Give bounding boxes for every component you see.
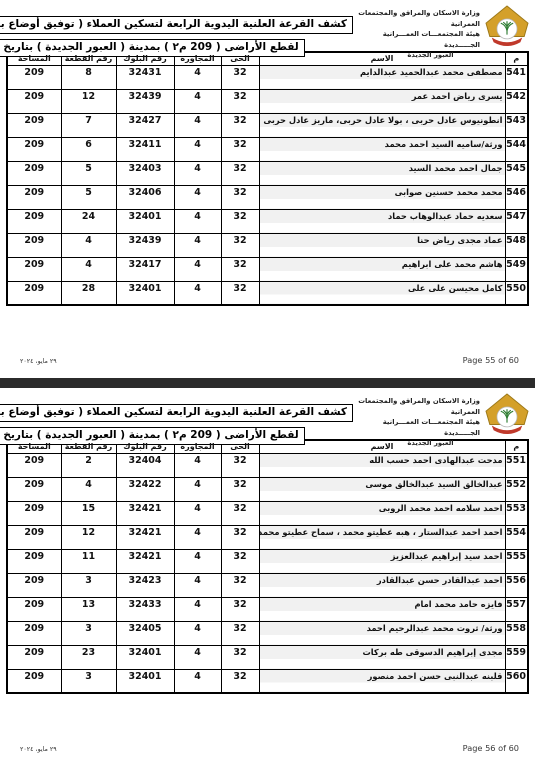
cell-area: 209 <box>7 185 61 209</box>
cell-area: 209 <box>7 549 61 573</box>
cell-plot: 23 <box>61 645 116 669</box>
cell-plot: 5 <box>61 185 116 209</box>
cell-plot: 3 <box>61 669 116 693</box>
authority-logo-icon <box>483 393 531 435</box>
cell-plot: 4 <box>61 477 116 501</box>
cell-block: 32405 <box>116 621 174 645</box>
cell-area: 209 <box>7 597 61 621</box>
cell-district: 32 <box>221 621 259 645</box>
cell-block: 32401 <box>116 281 174 305</box>
cell-plot: 2 <box>61 453 116 477</box>
cell-neighborhood: 4 <box>174 501 221 525</box>
footer-page-number: Page 55 of 60 <box>463 355 519 365</box>
table-row: 560قلبنه عبدالنبى حسن احمد منصور32432401… <box>7 669 528 693</box>
cell-area: 209 <box>7 89 61 113</box>
table-row: 553احمد سلامه احمد محمد الروبى3243242115… <box>7 501 528 525</box>
cell-no: 559 <box>505 645 528 669</box>
cell-block: 32401 <box>116 669 174 693</box>
cell-plot: 5 <box>61 161 116 185</box>
header-neighborhood: المجاورة <box>174 52 221 65</box>
cell-block: 32439 <box>116 89 174 113</box>
cell-district: 32 <box>221 185 259 209</box>
ministry-line1: وزارة الاسكان والمرافق والمجتمعات العمرا… <box>353 8 480 29</box>
authority-emblem-group: وزارة الاسكان والمرافق والمجتمعات العمرا… <box>353 393 531 449</box>
cell-name: جمال احمد محمد السيد <box>259 161 505 185</box>
cell-block: 32431 <box>116 65 174 89</box>
cell-name: مجدى إبراهيم الدسوقى طه بركات <box>259 645 505 669</box>
document-title-line1: كشف القرعة العلنية اليدوية الرابعة لتسكي… <box>0 404 353 422</box>
page-separator <box>0 378 535 388</box>
table-row: 551مدحت عبدالهادى احمد حسب الله324324042… <box>7 453 528 477</box>
document-titles: كشف القرعة العلنية اليدوية الرابعة لتسكي… <box>0 5 353 58</box>
cell-no: 548 <box>505 233 528 257</box>
cell-plot: 28 <box>61 281 116 305</box>
cell-block: 32421 <box>116 549 174 573</box>
cell-area: 209 <box>7 501 61 525</box>
cell-no: 555 <box>505 549 528 573</box>
cell-plot: 4 <box>61 257 116 281</box>
table-row: 555احمد سيد إبراهيم عبدالعزيز32432421112… <box>7 549 528 573</box>
cell-no: 549 <box>505 257 528 281</box>
cell-area: 209 <box>7 113 61 137</box>
cell-block: 32423 <box>116 573 174 597</box>
cell-district: 32 <box>221 477 259 501</box>
cell-area: 209 <box>7 573 61 597</box>
cell-no: 554 <box>505 525 528 549</box>
cell-neighborhood: 4 <box>174 597 221 621</box>
cell-area: 209 <box>7 209 61 233</box>
cell-no: 545 <box>505 161 528 185</box>
table-row: 559مجدى إبراهيم الدسوقى طه بركات32432401… <box>7 645 528 669</box>
table-row: 546محمد محمد حسنين صوابى324324065209 <box>7 185 528 209</box>
cell-name: احمد سلامه احمد محمد الروبى <box>259 501 505 525</box>
cell-plot: 15 <box>61 501 116 525</box>
cell-area: 209 <box>7 257 61 281</box>
cell-no: 542 <box>505 89 528 113</box>
cell-plot: 12 <box>61 525 116 549</box>
footer-date: ٢٩ مايو، ٢٠٢٤ <box>20 358 57 365</box>
table-row: 545جمال احمد محمد السيد324324035209 <box>7 161 528 185</box>
cell-district: 32 <box>221 281 259 305</box>
cell-neighborhood: 4 <box>174 621 221 645</box>
table-row: 542يسرى رياض احمد عمر3243243912209 <box>7 89 528 113</box>
cell-name: فايزه حامد محمد امام <box>259 597 505 621</box>
cell-neighborhood: 4 <box>174 65 221 89</box>
document-canvas: وزارة الاسكان والمرافق والمجتمعات العمرا… <box>0 0 535 766</box>
header-neighborhood: المجاورة <box>174 440 221 453</box>
cell-name: قلبنه عبدالنبى حسن احمد منصور <box>259 669 505 693</box>
page-footer: ٢٩ مايو، ٢٠٢٤ Page 55 of 60 <box>20 355 519 365</box>
cell-plot: 3 <box>61 621 116 645</box>
cell-district: 32 <box>221 209 259 233</box>
cell-neighborhood: 4 <box>174 89 221 113</box>
table-row: 558ورثة/ ثروت محمد عبدالرحيم احمد3243240… <box>7 621 528 645</box>
cell-neighborhood: 4 <box>174 669 221 693</box>
cell-plot: 11 <box>61 549 116 573</box>
cell-no: 541 <box>505 65 528 89</box>
table-row: 549هاشم محمد على ابراهيم324324174209 <box>7 257 528 281</box>
cell-neighborhood: 4 <box>174 645 221 669</box>
cell-plot: 24 <box>61 209 116 233</box>
cell-no: 552 <box>505 477 528 501</box>
cell-district: 32 <box>221 453 259 477</box>
cell-block: 32421 <box>116 501 174 525</box>
cell-area: 209 <box>7 233 61 257</box>
cell-name: احمد سيد إبراهيم عبدالعزيز <box>259 549 505 573</box>
cell-block: 32422 <box>116 477 174 501</box>
cell-neighborhood: 4 <box>174 233 221 257</box>
cell-area: 209 <box>7 453 61 477</box>
lottery-table-page56: م الاسم الحى المجاورة رقم البلوك رقم الق… <box>6 439 529 694</box>
cell-name: سعديه حماد عبدالوهاب حماد <box>259 209 505 233</box>
page-55: وزارة الاسكان والمرافق والمجتمعات العمرا… <box>0 0 535 378</box>
page-56: وزارة الاسكان والمرافق والمجتمعات العمرا… <box>0 388 535 766</box>
page-footer: ٢٩ مايو، ٢٠٢٤ Page 56 of 60 <box>20 743 519 753</box>
cell-name: ورثة/ساميه السيد احمد محمد <box>259 137 505 161</box>
cell-district: 32 <box>221 645 259 669</box>
table-row: 548عماد مجدى رياض حنا324324394209 <box>7 233 528 257</box>
header-block: رقم البلوك <box>116 440 174 453</box>
cell-plot: 8 <box>61 65 116 89</box>
cell-name: احمد احمد عبدالستار ، هبه عطيتو محمد ، س… <box>259 525 505 549</box>
cell-plot: 3 <box>61 573 116 597</box>
cell-block: 32439 <box>116 233 174 257</box>
cell-plot: 12 <box>61 89 116 113</box>
cell-block: 32411 <box>116 137 174 161</box>
cell-neighborhood: 4 <box>174 525 221 549</box>
cell-area: 209 <box>7 645 61 669</box>
table-row: 543انطونيوس عادل حربى ، بولا عادل حربى، … <box>7 113 528 137</box>
cell-district: 32 <box>221 573 259 597</box>
cell-neighborhood: 4 <box>174 281 221 305</box>
cell-neighborhood: 4 <box>174 209 221 233</box>
cell-area: 209 <box>7 281 61 305</box>
lottery-table-page55: م الاسم الحى المجاورة رقم البلوك رقم الق… <box>6 51 529 306</box>
cell-neighborhood: 4 <box>174 549 221 573</box>
cell-block: 32433 <box>116 597 174 621</box>
cell-area: 209 <box>7 477 61 501</box>
table-row: 552عبدالخالق السيد عبدالخالق موسى3243242… <box>7 477 528 501</box>
cell-area: 209 <box>7 161 61 185</box>
ministry-line1: وزارة الاسكان والمرافق والمجتمعات العمرا… <box>353 396 480 417</box>
cell-plot: 7 <box>61 113 116 137</box>
cell-neighborhood: 4 <box>174 477 221 501</box>
page-header: وزارة الاسكان والمرافق والمجتمعات العمرا… <box>0 388 535 438</box>
cell-no: 547 <box>505 209 528 233</box>
cell-plot: 4 <box>61 233 116 257</box>
cell-neighborhood: 4 <box>174 161 221 185</box>
cell-name: عبدالخالق السيد عبدالخالق موسى <box>259 477 505 501</box>
table-row: 554احمد احمد عبدالستار ، هبه عطيتو محمد … <box>7 525 528 549</box>
table-row: 544ورثة/ساميه السيد احمد محمد32432411620… <box>7 137 528 161</box>
cell-district: 32 <box>221 161 259 185</box>
cell-neighborhood: 4 <box>174 573 221 597</box>
cell-no: 551 <box>505 453 528 477</box>
footer-page-number: Page 56 of 60 <box>463 743 519 753</box>
cell-block: 32427 <box>116 113 174 137</box>
cell-no: 553 <box>505 501 528 525</box>
cell-area: 209 <box>7 65 61 89</box>
ministry-text: وزارة الاسكان والمرافق والمجتمعات العمرا… <box>353 393 480 449</box>
cell-block: 32403 <box>116 161 174 185</box>
header-plot: رقم القطعة <box>61 52 116 65</box>
cell-plot: 13 <box>61 597 116 621</box>
cell-district: 32 <box>221 65 259 89</box>
cell-name: ورثة/ ثروت محمد عبدالرحيم احمد <box>259 621 505 645</box>
cell-area: 209 <box>7 621 61 645</box>
table-row: 547سعديه حماد عبدالوهاب حماد324324012420… <box>7 209 528 233</box>
cell-block: 32421 <box>116 525 174 549</box>
cell-name: كامل محيسن على على <box>259 281 505 305</box>
cell-district: 32 <box>221 233 259 257</box>
cell-name: مدحت عبدالهادى احمد حسب الله <box>259 453 505 477</box>
cell-name: مصطفى محمد عبدالحميد عبدالدايم <box>259 65 505 89</box>
authority-logo-icon <box>483 5 531 47</box>
document-title-line1: كشف القرعة العلنية اليدوية الرابعة لتسكي… <box>0 16 353 34</box>
table-row: 541مصطفى محمد عبدالحميد عبدالدايم3243243… <box>7 65 528 89</box>
cell-no: 556 <box>505 573 528 597</box>
cell-area: 209 <box>7 137 61 161</box>
cell-name: محمد محمد حسنين صوابى <box>259 185 505 209</box>
cell-name: يسرى رياض احمد عمر <box>259 89 505 113</box>
cell-district: 32 <box>221 113 259 137</box>
cell-block: 32404 <box>116 453 174 477</box>
ministry-text: وزارة الاسكان والمرافق والمجتمعات العمرا… <box>353 5 480 61</box>
cell-no: 557 <box>505 597 528 621</box>
authority-emblem-group: وزارة الاسكان والمرافق والمجتمعات العمرا… <box>353 5 531 61</box>
cell-name: احمد عبدالقادر حسن عبدالقادر <box>259 573 505 597</box>
cell-no: 560 <box>505 669 528 693</box>
document-titles: كشف القرعة العلنية اليدوية الرابعة لتسكي… <box>0 393 353 446</box>
cell-block: 32401 <box>116 209 174 233</box>
cell-neighborhood: 4 <box>174 113 221 137</box>
cell-name: هاشم محمد على ابراهيم <box>259 257 505 281</box>
footer-date: ٢٩ مايو، ٢٠٢٤ <box>20 746 57 753</box>
cell-no: 558 <box>505 621 528 645</box>
cell-district: 32 <box>221 89 259 113</box>
cell-neighborhood: 4 <box>174 137 221 161</box>
header-plot: رقم القطعة <box>61 440 116 453</box>
cell-name: انطونيوس عادل حربى ، بولا عادل حربى، مار… <box>259 113 505 137</box>
cell-district: 32 <box>221 257 259 281</box>
cell-neighborhood: 4 <box>174 257 221 281</box>
page-header: وزارة الاسكان والمرافق والمجتمعات العمرا… <box>0 0 535 50</box>
cell-neighborhood: 4 <box>174 185 221 209</box>
cell-district: 32 <box>221 669 259 693</box>
table-row: 557فايزه حامد محمد امام3243243313209 <box>7 597 528 621</box>
cell-no: 544 <box>505 137 528 161</box>
cell-block: 32417 <box>116 257 174 281</box>
cell-name: عماد مجدى رياض حنا <box>259 233 505 257</box>
cell-plot: 6 <box>61 137 116 161</box>
cell-neighborhood: 4 <box>174 453 221 477</box>
cell-area: 209 <box>7 525 61 549</box>
cell-no: 543 <box>505 113 528 137</box>
header-block: رقم البلوك <box>116 52 174 65</box>
ministry-line2: هيئة المجتمعـــات العمـــرانية الجـــــد… <box>353 29 480 50</box>
cell-district: 32 <box>221 597 259 621</box>
cell-block: 32406 <box>116 185 174 209</box>
cell-area: 209 <box>7 669 61 693</box>
cell-district: 32 <box>221 549 259 573</box>
cell-block: 32401 <box>116 645 174 669</box>
cell-district: 32 <box>221 525 259 549</box>
table-row: 550كامل محيسن على على3243240128209 <box>7 281 528 305</box>
table-row: 556احمد عبدالقادر حسن عبدالقادر324324233… <box>7 573 528 597</box>
ministry-line2: هيئة المجتمعـــات العمـــرانية الجـــــد… <box>353 417 480 438</box>
cell-no: 550 <box>505 281 528 305</box>
cell-district: 32 <box>221 501 259 525</box>
cell-district: 32 <box>221 137 259 161</box>
cell-no: 546 <box>505 185 528 209</box>
